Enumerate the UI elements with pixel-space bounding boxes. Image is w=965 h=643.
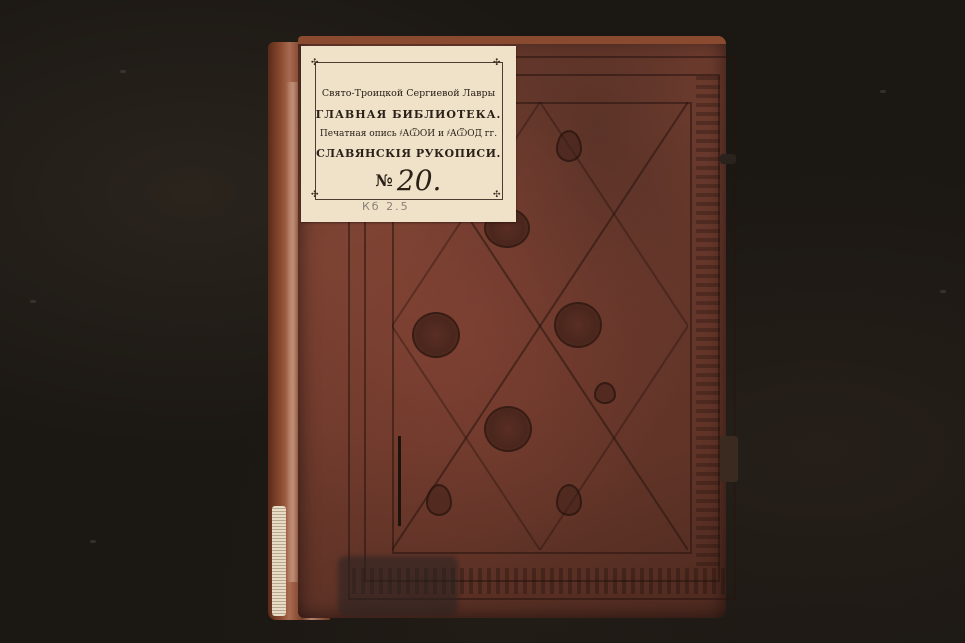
handwritten-number: 20.	[397, 164, 442, 197]
background-speck	[120, 70, 126, 73]
library-label: ✣ ✣ ✣ ✣ Свято-Троицкой Сергиевой Лавры Г…	[301, 46, 516, 222]
leather-crack	[398, 436, 401, 526]
page-edges	[272, 506, 286, 616]
corner-ornament-icon: ✣	[311, 58, 319, 68]
background-speck	[880, 90, 886, 93]
medallion-stamp	[484, 406, 532, 452]
clasp-remnant	[720, 436, 738, 482]
tooled-border-right	[696, 76, 720, 566]
corner-ornament-icon: ✣	[493, 58, 501, 68]
label-collection-name: СЛАВЯНСКІЯ РУКОПИСИ.	[301, 147, 516, 160]
background-speck	[940, 290, 946, 293]
drop-stamp	[556, 130, 582, 162]
background-speck	[90, 540, 96, 543]
worn-corner	[338, 556, 458, 616]
background-speck	[30, 300, 36, 303]
medallion-stamp	[554, 302, 602, 348]
clasp-pin-top	[720, 154, 736, 164]
label-number: №20.	[301, 164, 516, 197]
label-library-name: ГЛАВНАЯ БИБЛИОТЕКА.	[301, 108, 516, 121]
cover-top-edge	[298, 36, 726, 44]
pencil-shelfmark: Кб 2.5	[362, 200, 410, 213]
number-prefix: №	[376, 171, 393, 190]
drop-stamp	[426, 484, 452, 516]
drop-stamp	[556, 484, 582, 516]
label-monastery-name: Свято-Троицкой Сергиевой Лавры	[301, 88, 516, 99]
label-catalog-line: Печатная опись ҂АѾОИ и ҂АѾОД гг.	[301, 128, 516, 139]
rosette-stamp	[594, 382, 616, 404]
medallion-stamp	[412, 312, 460, 358]
